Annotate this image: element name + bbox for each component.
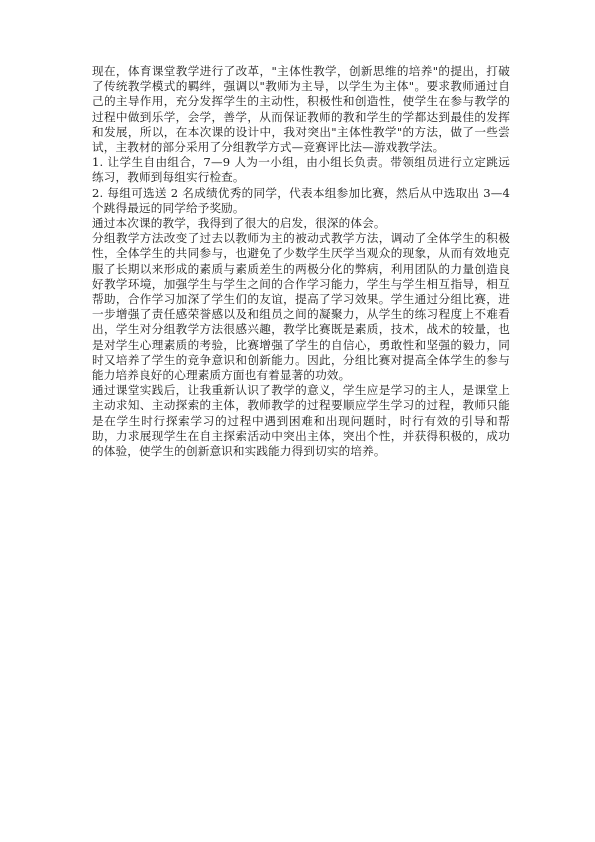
paragraph-conclusion: 通过课堂实践后，让我重新认识了教学的意义，学生应是学习的主人，是课堂上主动求知、… [92,383,510,459]
paragraph-intro: 现在，体育课堂教学进行了改革，"主体性教学，创新思维的培养"的提出，打破了传统教… [92,64,510,155]
paragraph-reflection-lead: 通过本次课的教学，我得到了很大的启发，很深的体会。 [92,216,510,231]
paragraph-group-teaching: 分组教学方法改变了过去以教师为主的被动式教学方法，调动了全体学生的积极性，全体学… [92,231,510,383]
paragraph-step-2: 2. 每组可选送 2 名成绩优秀的同学，代表本组参加比赛，然后从中选取出 3—4… [92,186,510,216]
document-body: 现在，体育课堂教学进行了改革，"主体性教学，创新思维的培养"的提出，打破了传统教… [92,64,510,459]
paragraph-step-1: 1. 让学生自由组合，7—9 人为一小组，由小组长负责。带领组员进行立定跳远练习… [92,155,510,185]
